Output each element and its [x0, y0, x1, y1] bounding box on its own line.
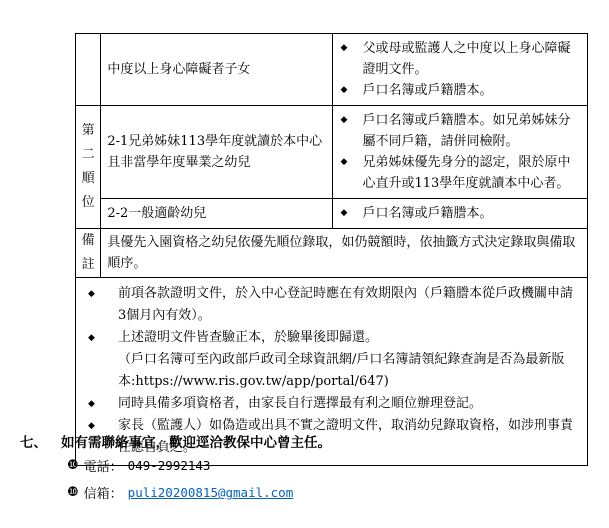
category-cell: 中度以上身心障礙者子女 [101, 34, 332, 106]
document-text: 戶口名簿或戶籍謄本。 [363, 203, 584, 224]
documents-cell: ◆ 戶口名簿或戶籍謄本。 [332, 199, 588, 229]
category-text: 2-2一般適齡幼兒 [107, 206, 206, 221]
category-text: 2-1兄弟姊妹113學年度就讀於本中心且非當學年度畢業之幼兒 [107, 134, 322, 170]
note-item: ◆ 同時具備多項資格者，由家長自行選擇最有利之順位辦理登記。 [82, 393, 581, 415]
note-text: 上述證明文件皆查驗正本，於驗畢後即歸還。 （戶口名簿可至內政部戶政司全球資訊網/… [118, 327, 581, 393]
section-number: 七、 [20, 431, 47, 451]
document-item: ◆ 父或母或監護人之中度以上身心障礙證明文件。 [337, 38, 584, 80]
documents-cell: ◆ 戶口名簿或戶籍謄本。如兄弟姊妹分屬不同戶籍，請併同檢附。 ◆ 兄弟姊妹優先身… [332, 106, 588, 199]
note-line: 上述證明文件皆查驗正本，於驗畢後即歸還。 [118, 327, 581, 349]
diamond-bullet-icon: ◆ [337, 152, 363, 173]
table-row: 中度以上身心障礙者子女 ◆ 父或母或監護人之中度以上身心障礙證明文件。 ◆ 戶口… [76, 34, 588, 106]
document-text: 兄弟姊妹優先身分的認定，限於原中心直升或113學年度就讀本中心者。 [363, 152, 584, 194]
note-text: 同時具備多項資格者，由家長自行選擇最有利之順位辦理登記。 [118, 393, 581, 415]
diamond-bullet-icon: ◆ [337, 203, 363, 224]
note-text: 前項各款證明文件，於入中心登記時應在有效期限內（戶籍謄本從戶政機關申請3個月內有… [118, 283, 581, 327]
document-item: ◆ 戶口名簿或戶籍謄本。如兄弟姊妹分屬不同戶籍，請併同檢附。 [337, 110, 584, 152]
circled-ten-icon: ❿ [67, 459, 79, 472]
priority-cell-second: 第二順位 [76, 106, 101, 229]
diamond-bullet-icon: ◆ [82, 327, 118, 349]
phone-label: 電話： [84, 456, 123, 475]
document-text: 父或母或監護人之中度以上身心障礙證明文件。 [363, 38, 584, 80]
note-line: 前項各款證明文件，於入中心登記時應在有效期限內（戶籍謄本從戶政機關申請3個月內有… [118, 283, 581, 327]
note-item: ◆ 上述證明文件皆查驗正本，於驗畢後即歸還。 （戶口名簿可至內政部戶政司全球資訊… [82, 327, 581, 393]
table-row: 第二順位 2-1兄弟姊妹113學年度就讀於本中心且非當學年度畢業之幼兒 ◆ 戶口… [76, 106, 588, 199]
remark-cell: 具優先入園資格之幼兒依優先順位錄取，如仍競額時，依抽籤方式決定錄取與備取順序。 [101, 229, 588, 278]
document-item: ◆ 戶口名簿或戶籍謄本。 [337, 80, 584, 101]
table-row: 2-2一般適齡幼兒 ◆ 戶口名簿或戶籍謄本。 [76, 199, 588, 229]
document-item: ◆ 兄弟姊妹優先身分的認定，限於原中心直升或113學年度就讀本中心者。 [337, 152, 584, 194]
document-text: 戶口名簿或戶籍謄本。如兄弟姊妹分屬不同戶籍，請併同檢附。 [363, 110, 584, 152]
category-text: 中度以上身心障礙者子女 [107, 62, 250, 77]
category-cell: 2-2一般適齡幼兒 [101, 199, 332, 229]
phone-value: 049-2992143 [128, 458, 211, 473]
document-text: 戶口名簿或戶籍謄本。 [363, 80, 584, 101]
priority-cell-empty [76, 34, 101, 106]
table-row: 備註 具優先入園資格之幼兒依優先順位錄取，如仍競額時，依抽籤方式決定錄取與備取順… [76, 229, 588, 278]
document-page: { "glyphs": { "bullet": "◆", "contact_ic… [0, 0, 609, 528]
email-label: 信箱： [84, 483, 123, 502]
phone-row: ❿ 電話： 049-2992143 [67, 456, 210, 475]
email-row: ❿ 信箱： puli20200815@gmail.com [67, 483, 293, 502]
note-line: （戶口名簿可至內政部戶政司全球資訊網/戶口名簿請領紀錄查詢是否為最新版本:htt… [118, 349, 581, 393]
document-item: ◆ 戶口名簿或戶籍謄本。 [337, 203, 584, 224]
remark-text: 具優先入園資格之幼兒依優先順位錄取，如仍競額時，依抽籤方式決定錄取與備取順序。 [107, 235, 575, 271]
diamond-bullet-icon: ◆ [82, 393, 118, 415]
email-link[interactable]: puli20200815@gmail.com [128, 485, 294, 500]
circled-ten-icon: ❿ [67, 486, 79, 499]
remark-label-cell: 備註 [76, 229, 101, 278]
diamond-bullet-icon: ◆ [337, 80, 363, 101]
diamond-bullet-icon: ◆ [337, 38, 363, 59]
note-item: ◆ 前項各款證明文件，於入中心登記時應在有效期限內（戶籍謄本從戶政機關申請3個月… [82, 283, 581, 327]
diamond-bullet-icon: ◆ [82, 283, 118, 305]
remark-label: 備註 [82, 229, 95, 277]
diamond-bullet-icon: ◆ [337, 110, 363, 131]
note-line: 同時具備多項資格者，由家長自行選擇最有利之順位辦理登記。 [118, 393, 581, 415]
category-cell: 2-1兄弟姊妹113學年度就讀於本中心且非當學年度畢業之幼兒 [101, 106, 332, 199]
documents-cell: ◆ 父或母或監護人之中度以上身心障礙證明文件。 ◆ 戶口名簿或戶籍謄本。 [332, 34, 588, 106]
section-seven-heading: 七、 如有需聯絡事宜，歡迎逕洽教保中心曾主任。 [20, 431, 331, 451]
section-title: 如有需聯絡事宜，歡迎逕洽教保中心曾主任。 [61, 431, 331, 451]
priority-label: 第二順位 [82, 119, 95, 215]
enrollment-priority-table: 中度以上身心障礙者子女 ◆ 父或母或監護人之中度以上身心障礙證明文件。 ◆ 戶口… [75, 33, 588, 466]
